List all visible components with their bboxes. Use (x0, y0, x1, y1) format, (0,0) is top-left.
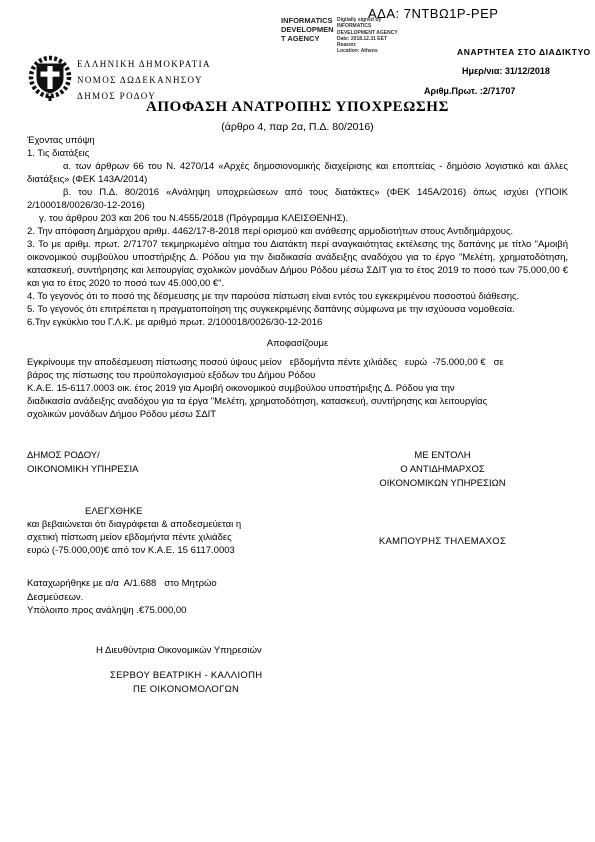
stamp-sig-line: Location: Athens (337, 48, 407, 54)
office-department: ΟΙΚΟΝΟΜΙΚΗ ΥΠΗΡΕΣΙΑ (27, 463, 139, 477)
preamble-item-2: 2. Την απόφαση Δημάρχου αριθμ. 4462/17-8… (27, 225, 568, 238)
preamble-having-regard: Έχοντας υπόψη (27, 134, 568, 147)
decision-heading: Αποφασίζουμε (27, 337, 568, 350)
document-title: ΑΠΟΦΑΣΗ ΑΝΑΤΡΟΠΗΣ ΥΠΟΧΡΕΩΣΗΣ (0, 99, 595, 116)
digital-stamp-signature-details: Digitally signed by INFORMATICS DEVELOPM… (337, 17, 407, 55)
decision-line: βάρος της πίστωσης του προϋπολογισμού εξ… (27, 369, 568, 382)
checked-line: ευρώ (-75.000,00)€ από τον Κ.Α.Ε. 15 611… (27, 544, 327, 557)
preamble-item-5: 5. Το γεγονός ότι επιτρέπεται η πραγματο… (27, 303, 568, 316)
registry-line: Υπόλοιπο προς ανάληψη .€75.000,00 (27, 604, 217, 618)
org-republic: ΕΛΛΗΝΙΚΗ ΔΗΜΟΚΡΑΤΙΑ (77, 56, 211, 72)
checked-title: ΕΛΕΓΧΘΗΚΕ (85, 505, 327, 518)
deputy-mayor-title: Ο ΑΝΤΙΔΗΜΑΡΧΟΣ (330, 463, 555, 477)
preamble-item-1: 1. Τις διατάξεις (27, 147, 568, 160)
protocol-number: Αριθμ.Πρωτ. :2/71707 (424, 86, 515, 96)
director-grade: ΠΕ ΟΙΚΟΝΟΜΟΛΟΓΩΝ (133, 684, 239, 695)
deputy-mayor-name: ΚΑΜΠΟΥΡΗΣ ΤΗΛΕΜΑΧΟΣ (330, 536, 555, 547)
decision-line: Εγκρίνουμε την αποδέσμευση πίστωσης ποσο… (27, 356, 568, 369)
preamble-item-1a: α. των άρθρων 66 του Ν. 4270/14 «Αρχές δ… (27, 160, 568, 186)
by-order-label: ΜΕ ΕΝΤΟΛΗ (330, 449, 555, 463)
stamp-agency-line: INFORMATICS (281, 16, 335, 25)
deputy-mayor-department: ΟΙΚΟΝΟΜΙΚΩΝ ΥΠΗΡΕΣΙΩΝ (330, 477, 555, 491)
decision-line: σχολικών μονάδων Δήμου Ρόδου μέσω ΣΔΙΤ (27, 408, 568, 421)
registry-note: Καταχωρήθηκε με α/α Α/1.688 στο Μητρώο Δ… (27, 577, 217, 618)
posted-online-label: ΑΝΑΡΤΗΤΕΑ ΣΤΟ ΔΙΑΔΙΚΤΥΟ (457, 47, 591, 57)
stamp-sig-line: DEVELOPMENT AGENCY (337, 30, 407, 36)
checked-block: ΕΛΕΓΧΘΗΚΕ και βεβαιώνεται ότι διαγράφετα… (27, 505, 327, 557)
decision-line: Κ.Α.Ε. 15-6117.0003 οικ. έτος 2019 για Α… (27, 382, 568, 395)
stamp-agency-line: T AGENCY (281, 34, 335, 43)
checked-line: και βεβαιώνεται ότι διαγράφεται & αποδεσ… (27, 518, 327, 531)
document-body: Έχοντας υπόψη 1. Τις διατάξεις α. των άρ… (27, 134, 568, 421)
preamble-item-4: 4. Το γεγονός ότι το ποσό της δέσμευσης … (27, 290, 568, 303)
checked-line: σχετική πίστωση μείον εβδομήντα πέντε χι… (27, 531, 327, 544)
director-name: ΣΕΡΒΟΥ ΒΕΑΤΡΙΚΗ - ΚΑΛΛΙΟΠΗ (110, 670, 262, 681)
preamble-item-1c: γ. του άρθρου 203 και 206 του Ν.4555/201… (27, 212, 568, 225)
registry-line: Καταχωρήθηκε με α/α Α/1.688 στο Μητρώο (27, 577, 217, 591)
organization-block: ΕΛΛΗΝΙΚΗ ΔΗΜΟΚΡΑΤΙΑ ΝΟΜΟΣ ΔΩΔΕΚΑΝΗΣΟΥ ΔΗ… (77, 56, 211, 104)
preamble-item-3: 3. Το με αριθμ. πρωτ. 2/71707 τεκμηριωμέ… (27, 238, 568, 290)
digital-stamp-agency: INFORMATICS DEVELOPMEN T AGENCY (281, 16, 335, 43)
document-page: ΑΔΑ: 7ΝΤΒΩ1Ρ-ΡΕΡ INFORMATICS DEVELOPMEN … (0, 0, 595, 842)
preamble-item-1b: β. του Π.Δ. 80/2016 «Ανάληψη υποχρεώσεων… (27, 186, 568, 212)
decision-line: διαδικασία ανάδειξης αναδόχου για τα έργ… (27, 395, 568, 408)
greek-coat-of-arms-icon (28, 52, 72, 102)
by-order-block: ΜΕ ΕΝΤΟΛΗ Ο ΑΝΤΙΔΗΜΑΡΧΟΣ ΟΙΚΟΝΟΜΙΚΩΝ ΥΠΗ… (330, 449, 555, 491)
stamp-agency-line: DEVELOPMEN (281, 25, 335, 34)
registry-line: Δεσμεύσεων. (27, 591, 217, 605)
director-title: Η Διευθύντρια Οικονομικών Υπηρεσιών (96, 645, 262, 656)
decision-paragraph: Εγκρίνουμε την αποδέσμευση πίστωσης ποσο… (27, 356, 568, 421)
document-date: Ημερ/νια: 31/12/2018 (462, 66, 550, 76)
preamble-item-6: 6.Την εγκύκλιο του Γ.Λ.Κ. με αριθμό πρωτ… (27, 316, 568, 329)
org-prefecture: ΝΟΜΟΣ ΔΩΔΕΚΑΝΗΣΟΥ (77, 72, 211, 88)
document-subtitle: (άρθρο 4, παρ 2α, Π.Δ. 80/2016) (0, 121, 595, 133)
issuing-office-block: ΔΗΜΟΣ ΡΟΔΟΥ/ ΟΙΚΟΝΟΜΙΚΗ ΥΠΗΡΕΣΙΑ (27, 449, 139, 477)
office-municipality: ΔΗΜΟΣ ΡΟΔΟΥ/ (27, 449, 139, 463)
